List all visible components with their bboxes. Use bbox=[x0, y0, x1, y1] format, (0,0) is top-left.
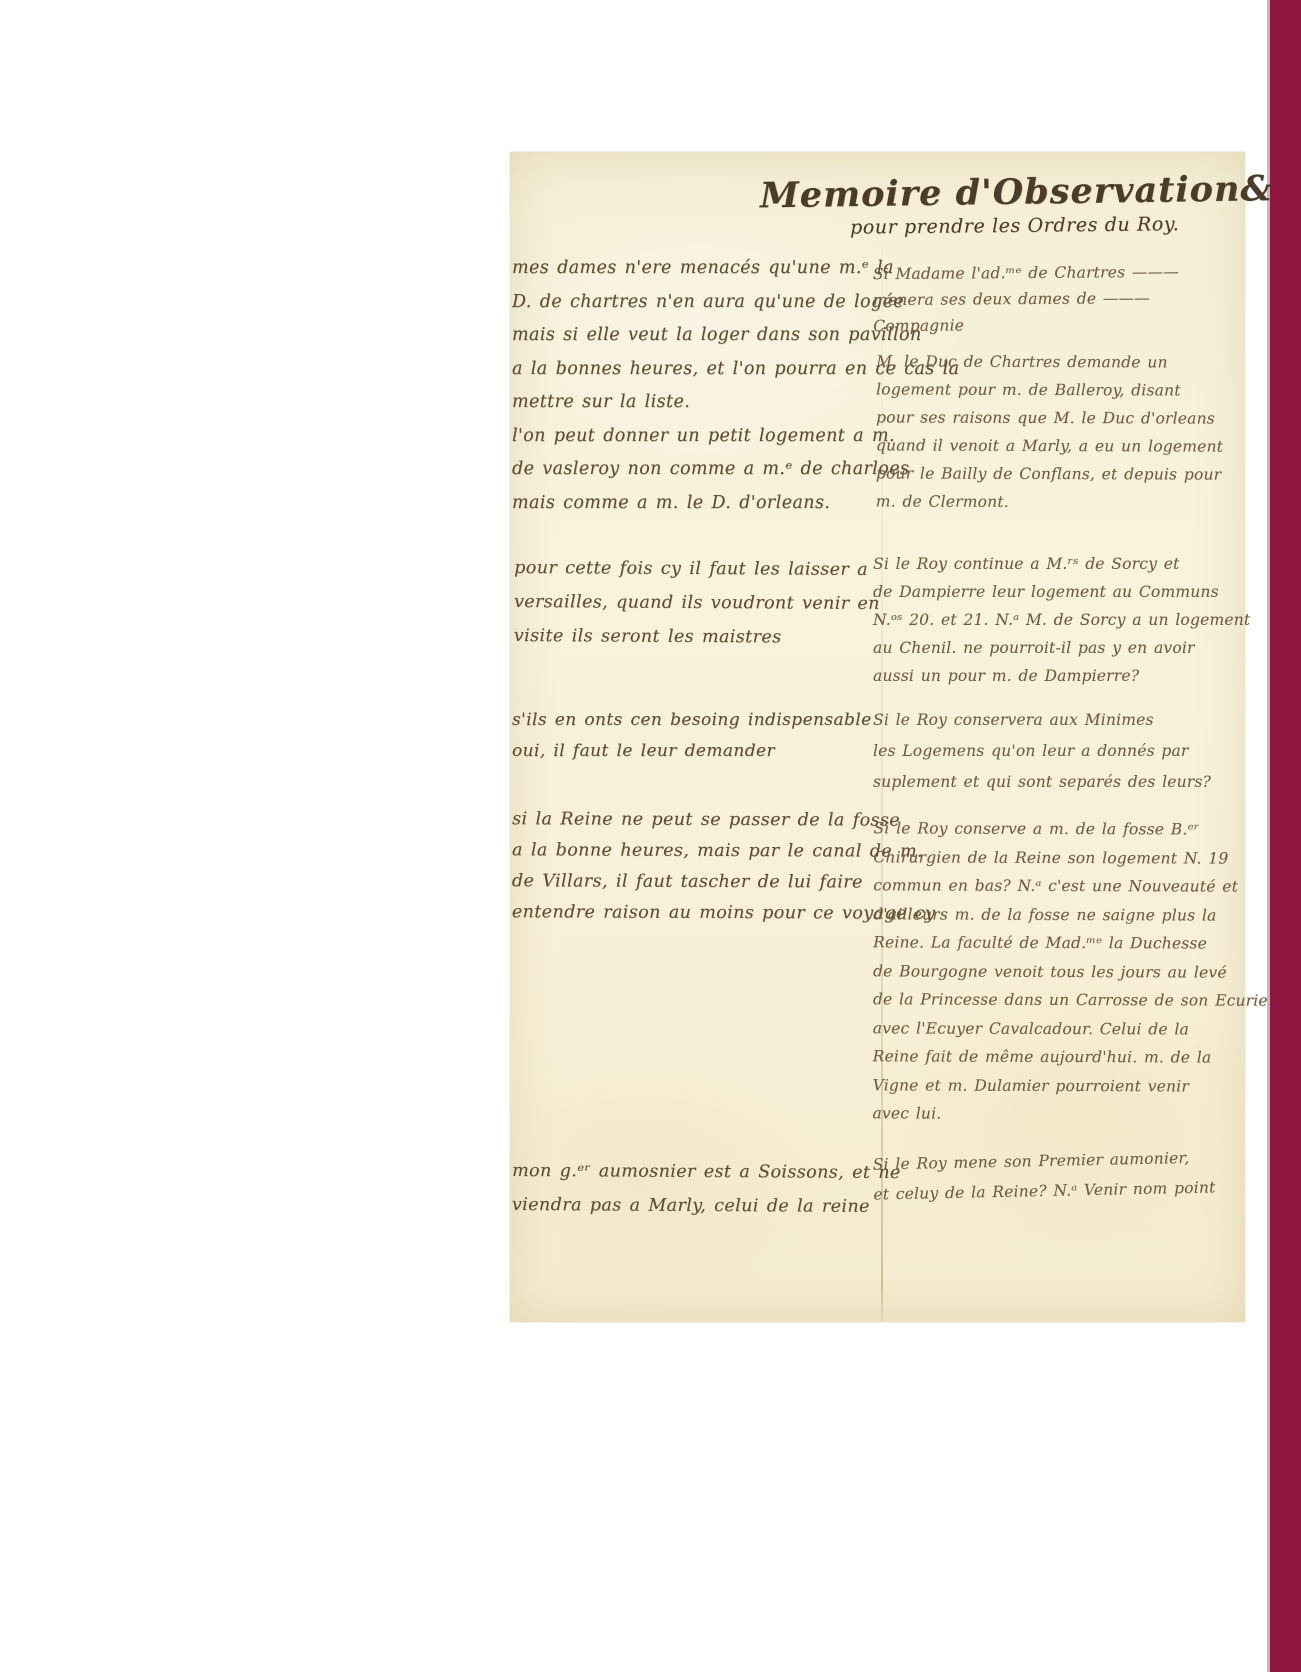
handwritten-line: Si le Roy continue a M.ʳˢ de Sorcy et bbox=[873, 550, 1250, 578]
handwritten-line: m. de Clermont. bbox=[876, 487, 1223, 516]
handwritten-line: Si le Roy conservera aux Minimes bbox=[873, 705, 1211, 736]
handwritten-line: Si le Roy conserve a m. de la fosse B.ᵉʳ bbox=[873, 814, 1268, 844]
manuscript-page: Memoire d'Observation& pour prendre les … bbox=[510, 152, 1245, 1322]
handwritten-line: N.ᵒˢ 20. et 21. N.ᵃ M. de Sorcy a un log… bbox=[873, 606, 1250, 634]
handwritten-line: de Dampierre leur logement au Communs bbox=[873, 578, 1250, 606]
handwritten-line: de Bourgogne venoit tous les jours au le… bbox=[873, 957, 1268, 987]
text-block: Si Madame l'ad.ᵐᵉ de Chartres ———menera … bbox=[873, 259, 1180, 339]
handwritten-line: avec lui. bbox=[872, 1099, 1267, 1129]
handwritten-line: M. le Duc de Chartres demande un bbox=[876, 347, 1223, 376]
handwritten-line: pour ses raisons que M. le Duc d'orleans bbox=[876, 403, 1223, 432]
handwritten-line: Chirurgien de la Reine son logement N. 1… bbox=[873, 843, 1268, 873]
text-block: M. le Duc de Chartres demande unlogement… bbox=[876, 347, 1224, 516]
handwritten-line: de la Princesse dans un Carrosse de son … bbox=[873, 985, 1268, 1015]
text-block: Si le Roy conservera aux Minimesles Loge… bbox=[873, 705, 1211, 798]
text-block: Si le Roy continue a M.ʳˢ de Sorcy etde … bbox=[873, 550, 1250, 690]
handwritten-line: commun en bas? N.ᵃ c'est une Nouveauté e… bbox=[873, 871, 1268, 901]
handwritten-line: menera ses deux dames de ——— bbox=[873, 285, 1179, 313]
handwritten-line: les Logemens qu'on leur a donnés par bbox=[873, 736, 1211, 767]
handwritten-line: Si Madame l'ad.ᵐᵉ de Chartres ——— bbox=[873, 259, 1179, 287]
handwritten-line: pour le Bailly de Conflans, et depuis po… bbox=[876, 459, 1223, 488]
handwritten-line: et celuy de la Reine? N.ᵃ Venir nom poin… bbox=[873, 1172, 1216, 1209]
handwritten-line: quand il venoit a Marly, a eu un logemen… bbox=[876, 431, 1223, 460]
crimson-accent-bar bbox=[1267, 0, 1301, 1672]
right-column: Si Madame l'ad.ᵐᵉ de Chartres ———menera … bbox=[510, 152, 1245, 1322]
handwritten-line: Compagnie bbox=[873, 311, 1179, 339]
text-block: Si le Roy conserve a m. de la fosse B.ᵉʳ… bbox=[872, 814, 1268, 1129]
handwritten-line: suplement et qui sont separés des leurs? bbox=[873, 767, 1211, 798]
handwritten-line: Reine. La faculté de Mad.ᵐᵉ la Duchesse bbox=[873, 928, 1268, 958]
handwritten-line: avec l'Ecuyer Cavalcadour. Celui de la bbox=[873, 1014, 1268, 1044]
handwritten-line: d'ailleurs m. de la fosse ne saigne plus… bbox=[873, 900, 1268, 930]
handwritten-line: logement pour m. de Balleroy, disant bbox=[876, 375, 1223, 404]
handwritten-line: aussi un pour m. de Dampierre? bbox=[873, 662, 1250, 690]
handwritten-line: Vigne et m. Dulamier pourroient venir bbox=[873, 1071, 1268, 1101]
page: Memoire d'Observation& pour prendre les … bbox=[0, 0, 1301, 1672]
text-block: Si le Roy mene son Premier aumonier,et c… bbox=[872, 1142, 1215, 1209]
handwritten-line: au Chenil. ne pourroit-il pas y en avoir bbox=[873, 634, 1250, 662]
handwritten-line: Reine fait de même aujourd'hui. m. de la bbox=[873, 1042, 1268, 1072]
